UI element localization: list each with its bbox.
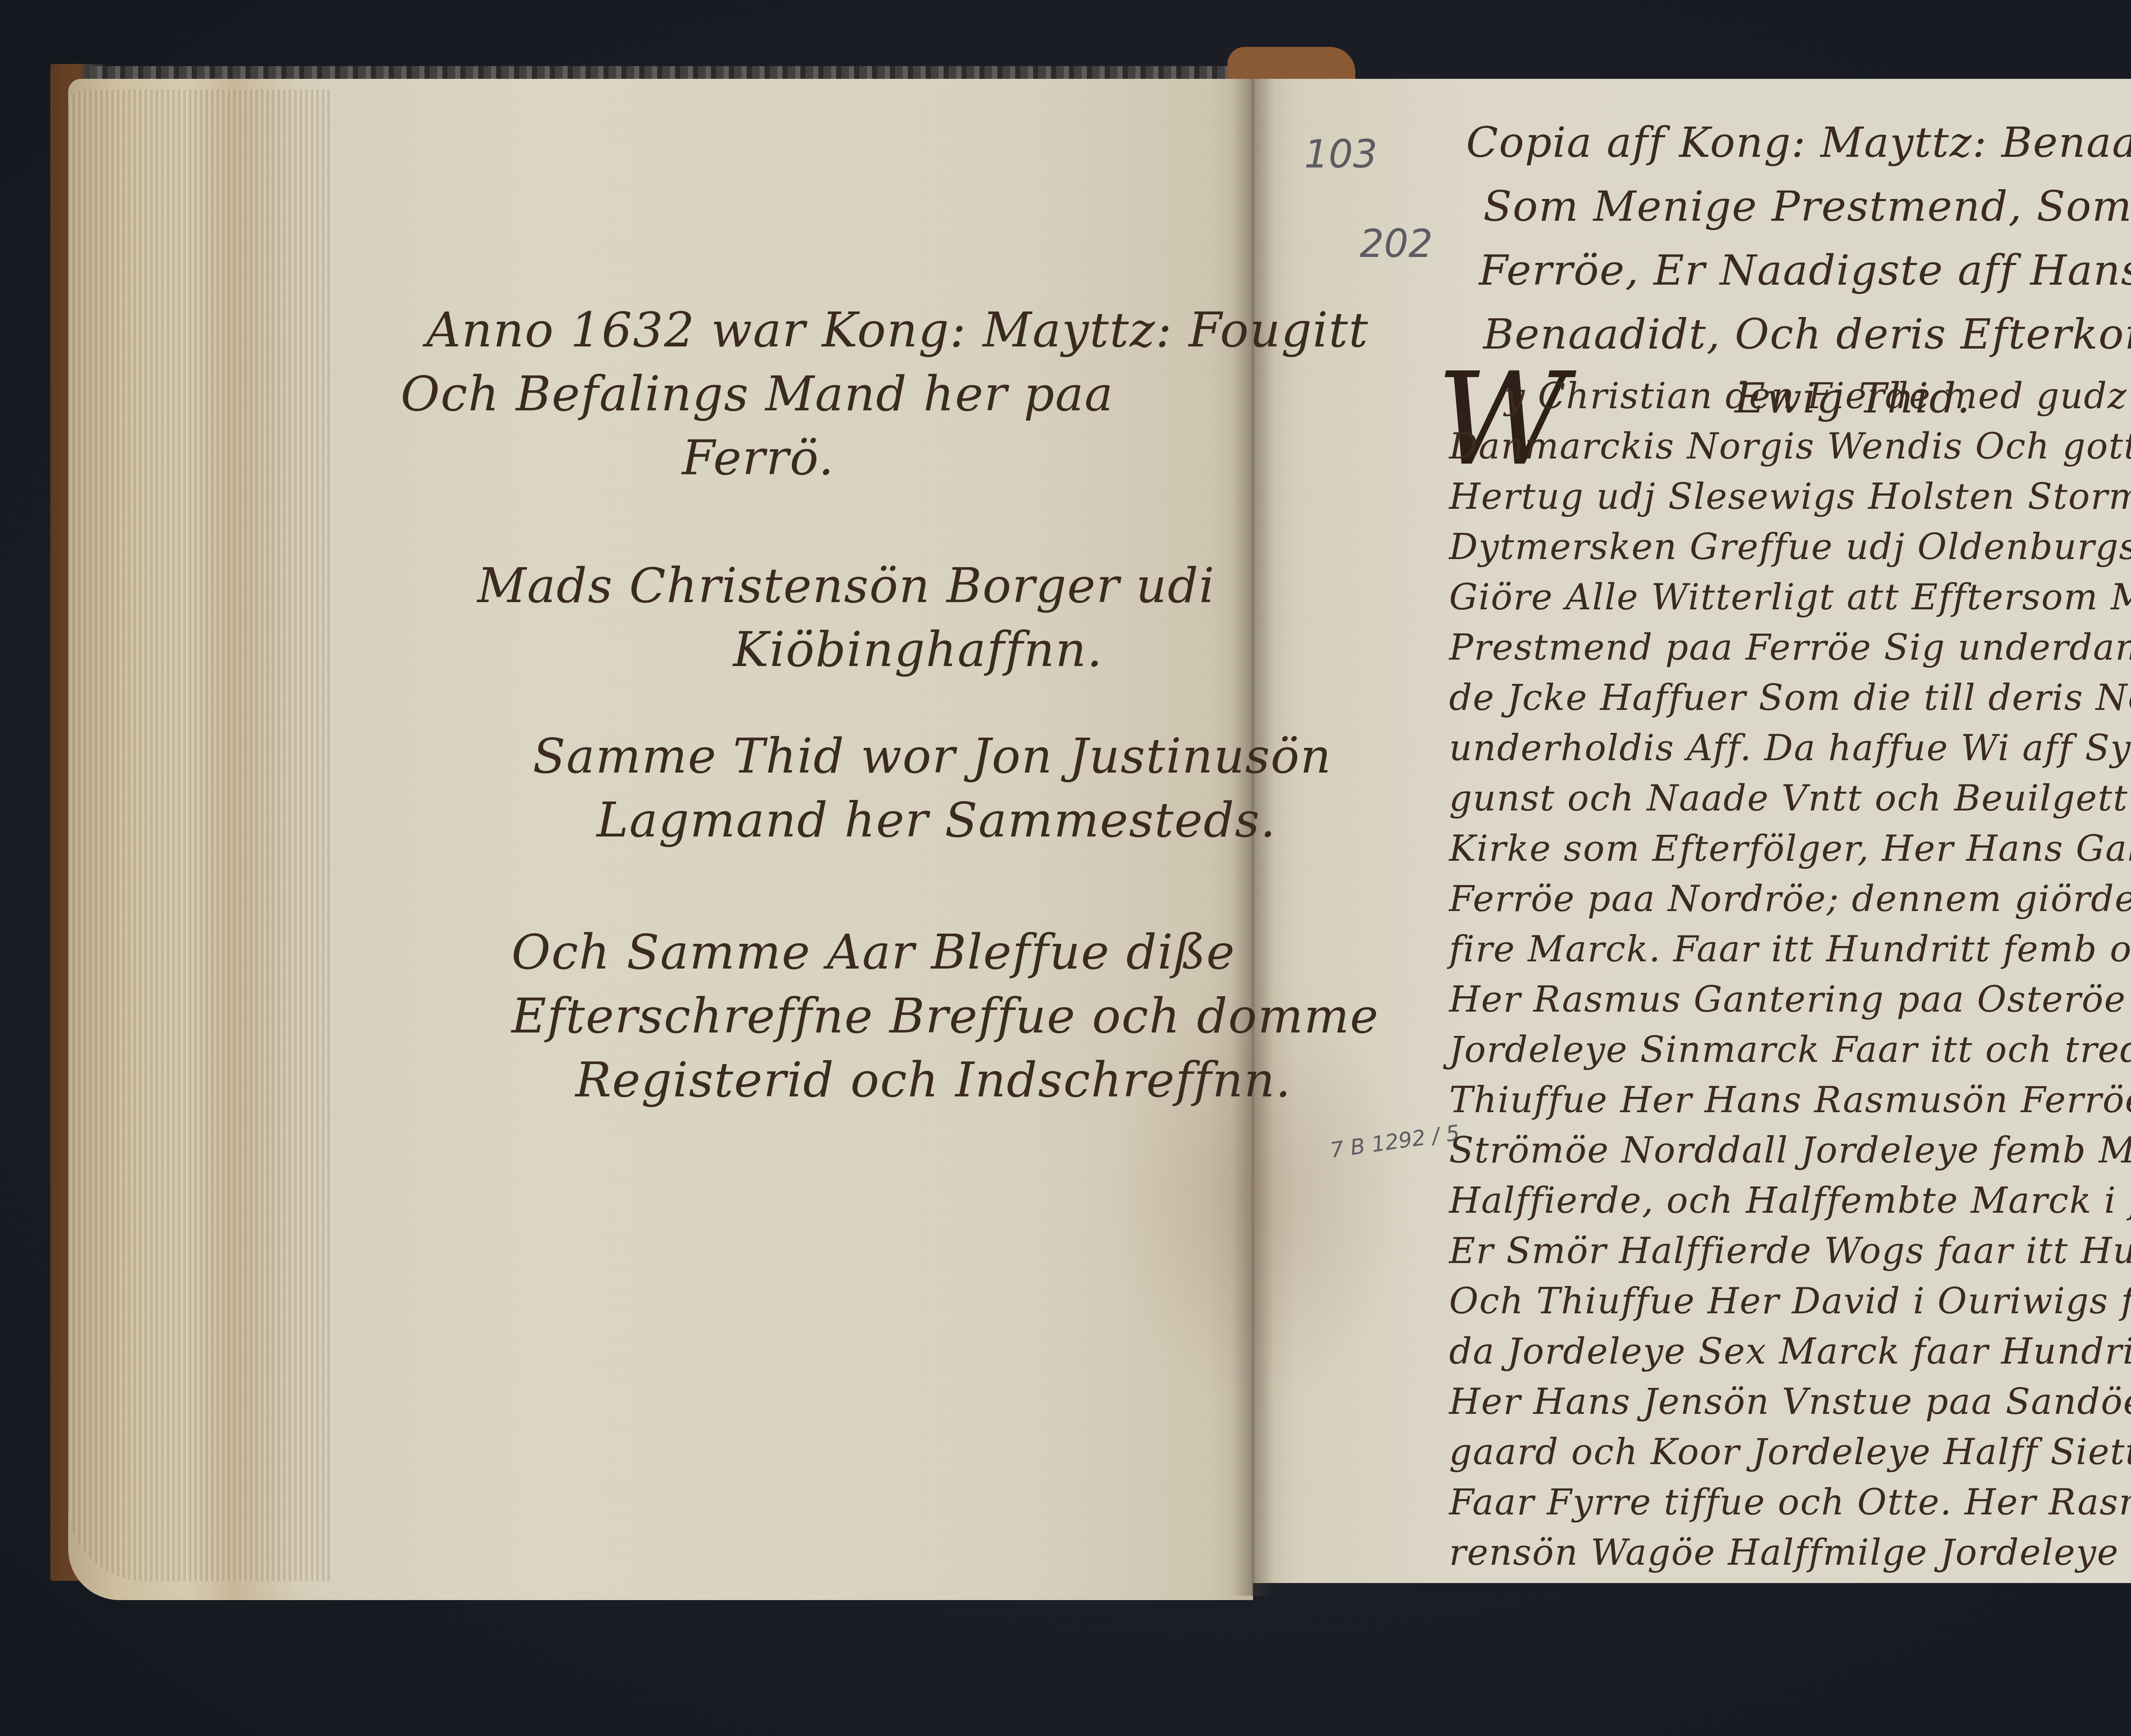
left-paragraph-4: Och Samme Aar Bleffue diße Efterschreffn… [511,920,1379,1112]
body-line: Er Smör Halffierde Wogs faar itt Hundrit… [1449,1226,2131,1276]
body-line: Ferröe paa Nordröe; dennem giörde Jordel… [1449,874,2131,924]
body-line: y Christian den Fierde med gudz Naade [1504,371,2131,421]
folio-number: 103 [1304,132,1377,177]
body-line: Thiuffue Her Hans Rasmusön Ferröe paa [1449,1075,2131,1125]
body-line: Kirke som Efterfölger, Her Hans Gabriels… [1449,823,2131,874]
body-line: da Jordeleye Sex Marck faar Hundritt och… [1449,1326,2131,1376]
body-line: rensön Wagöe Halffmilge Jordeleye Sex Ma… [1449,1527,2131,1577]
body-line: underholdis Aff. Da haffue Wi aff Synder… [1449,723,2131,773]
body-line: Dytmersken Greffue udj Oldenburgs och De… [1449,522,2131,572]
heading-line: Benaadidt, Och deris Efterkommere till [1483,303,2131,366]
body-line: gaard och Koor Jordeleye Halff Siette Ma… [1449,1427,2131,1477]
text-line: Kiöbinghaffnn. [733,618,1215,682]
left-paragraph-2: Mads Christensön Borger udi Kiöbinghaffn… [477,554,1215,682]
body-line: gunst och Naade Vntt och Beuilgett denne… [1449,773,2131,823]
right-body-continued: Danmarckis Norgis Wendis Och gottis Koni… [1449,421,2131,1577]
body-line: Giöre Alle Witterligt att Efftersom Meni… [1449,572,2131,622]
heading-line: Som Menige Prestmend, Som Nu Ere udj [1483,175,2131,239]
body-line: fire Marck. Faar itt Hundritt femb och T… [1449,924,2131,974]
text-line: Samme Thid wor Jon Justinusön [533,724,1332,788]
body-line: Her Rasmus Gantering paa Osteröe Udj Hoi… [1449,974,2131,1024]
old-folio-number: 202 [1360,222,1433,266]
body-line: Her Hans Jensön Vnstue paa Sandöe Sande [1449,1376,2131,1427]
body-line: Och Thiuffue Her David i Ouriwigs for Gi… [1449,1276,2131,1326]
body-line: Halffierde, och Halffembte Marck i fierd… [1449,1175,2131,1226]
body-line: Jordeleye Sinmarck Faar itt och tredinsk… [1449,1024,2131,1075]
text-line: Och Samme Aar Bleffue diße [511,920,1379,984]
body-line: Faar Fyrre tiffue och Otte. Her Rasmus S… [1449,1477,2131,1527]
body-line: Danmarckis Norgis Wendis Och gottis Koni… [1449,421,2131,471]
text-line: Efterschreffne Breffue och domme [511,984,1379,1048]
left-paragraph-1: Anno 1632 war Kong: Mayttz: Fougitt Och … [426,298,1369,490]
text-line: Anno 1632 war Kong: Mayttz: Fougitt [426,298,1369,362]
text-line: Lagmand her Sammesteds. [597,788,1332,852]
left-fore-edge [68,89,332,1581]
body-line: Prestmend paa Ferröe Sig underdanigste b… [1449,622,2131,672]
heading-line: Ferröe, Er Naadigste aff Hans Mayttz: Me… [1479,239,2131,303]
text-line: Registerid och Indschreffnn. [575,1048,1379,1112]
left-paragraph-3: Samme Thid wor Jon Justinusön Lagmand he… [533,724,1332,852]
heading-line: Copia aff Kong: Mayttz: Benaadings Breff [1466,111,2131,175]
body-line: de Jcke Haffuer Som die till deris Nödto… [1449,672,2131,723]
text-line: Ferrö. [682,426,1369,490]
text-line: Och Befalings Mand her paa [401,362,1369,426]
right-body: y Christian den Fierde med gudz Naade [1504,371,2131,421]
text-line: Mads Christensön Borger udi [477,554,1215,618]
body-line: Hertug udj Slesewigs Holsten Stormarn Oc… [1449,471,2131,522]
body-line: Strömöe Norddall Jordeleye femb Marck, K… [1449,1125,2131,1175]
